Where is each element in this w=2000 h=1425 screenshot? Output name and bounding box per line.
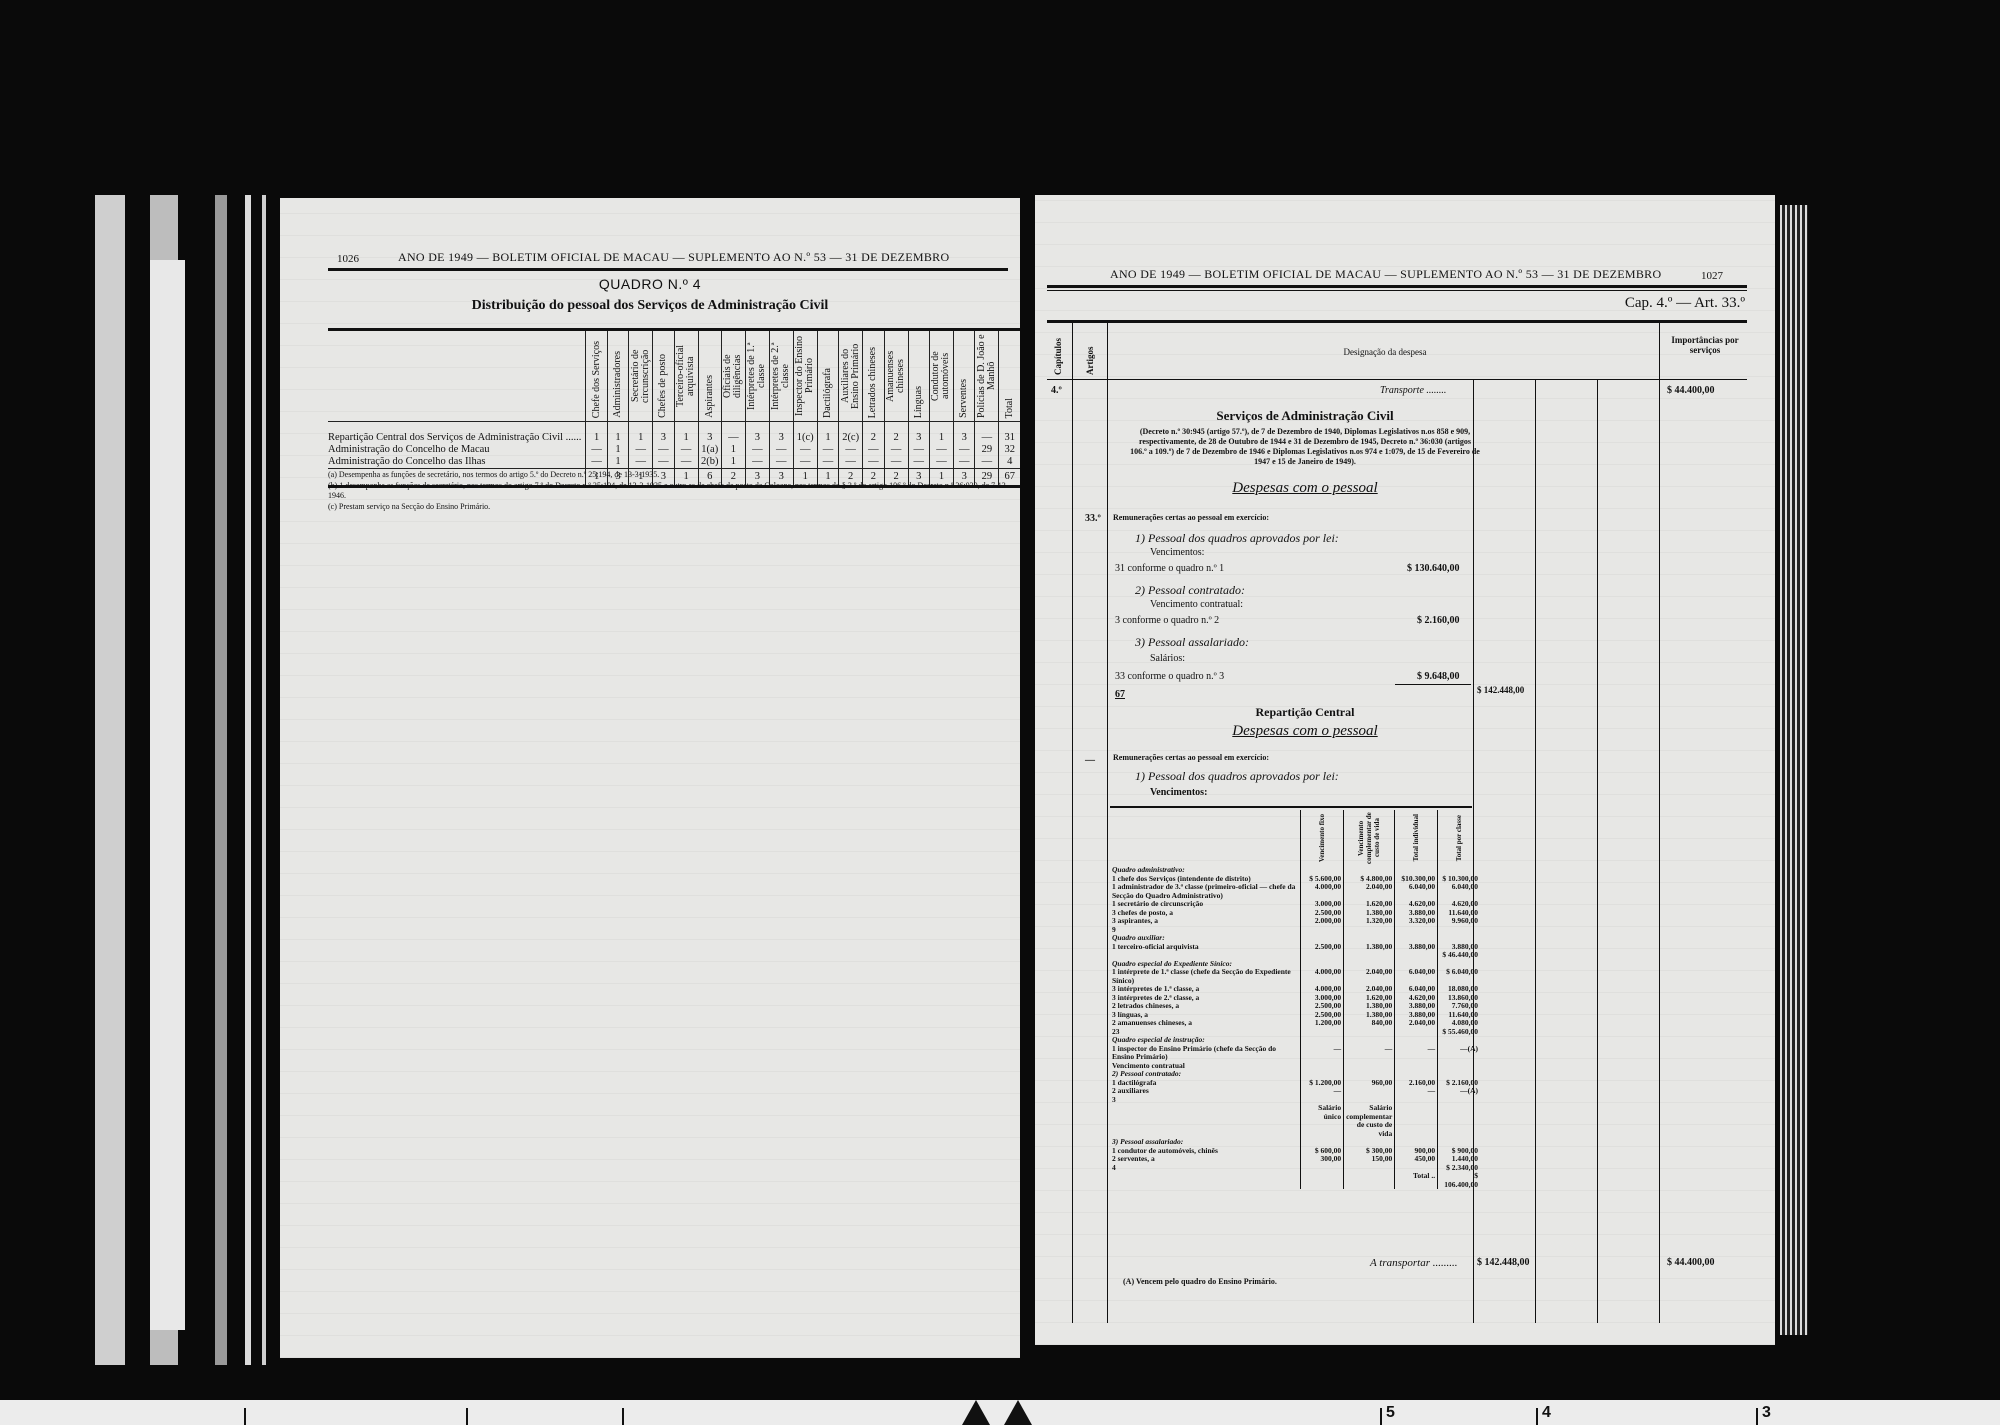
transporte-label: Transporte ........ [1380,385,1446,396]
spacer [1110,1104,1301,1138]
empty-cell [1395,1104,1438,1138]
repartição-central-title: Repartição Central [1125,705,1485,720]
table-cell: 3 [653,422,674,445]
table-cell: — [884,444,908,456]
column-header: Total individual [1395,810,1438,866]
salary-subtable: Vencimento fixoVencimento complementar d… [1110,810,1480,1189]
table-cell: 1 [607,444,628,456]
decree-reference: (Decreto n.º 30:945 (artigo 57.º), de 7 … [1130,427,1480,467]
table-row: 2 auxiliares———(A) [1110,1087,1480,1096]
table-cell: 1.200,00 [1301,1019,1344,1028]
table-row: Administração do Concelho de Macau—1———1… [328,444,1020,456]
total-label: Total .. [1395,1172,1438,1189]
row-description: 1 inspector do Ensino Primário (chefe da… [1110,1045,1301,1062]
table-cell: 3 [698,422,721,445]
header-rule [328,268,1008,271]
table-cell: — [817,444,838,456]
column-header: Secretário de circunscrição [629,330,653,422]
empty-cell [1301,926,1344,935]
item-sublabel: Salários: [1150,653,1185,664]
column-header: Serventes [953,330,974,422]
table-cell: 1(a) [698,444,721,456]
empty-cell [1438,1104,1480,1138]
column-header: Dactilógrafa [817,330,838,422]
strip-label: 4 [1542,1404,1551,1422]
item-heading: 3) Pessoal assalariado: [1135,635,1249,650]
table-cell: 3 [769,422,793,445]
artigo-dash: — [1085,755,1095,766]
table-row: Repartição Central dos Serviços de Admin… [328,422,1020,445]
item-line: 3 conforme o quadro n.º 2 [1115,615,1219,626]
table-cell: — [975,456,999,469]
table-cell: — [1301,1045,1344,1062]
table-cell: 300,00 [1301,1155,1344,1164]
table-cell: 1 [674,422,698,445]
table-cell: 2.040,00 [1344,883,1395,900]
table-cell: 150,00 [1344,1155,1395,1164]
column-header: Administradores [607,330,628,422]
item-amount: $ 9.648,00 [1417,671,1460,682]
table-cell: 31 [999,422,1020,445]
table-cell: 1 [586,422,607,445]
column-header: Inspector do Ensino Primário [793,330,817,422]
scale-tick [466,1408,468,1425]
table-cell: — [908,456,929,469]
table-cell: — [769,444,793,456]
table-cell: — [793,456,817,469]
table-cell: 3 [745,422,769,445]
column-header: Línguas [908,330,929,422]
column-divider [1107,323,1108,1323]
empty-cell [1301,951,1344,960]
empty-cell [1438,1062,1480,1071]
column-header: Aspirantes [698,330,721,422]
table-cell: — [653,456,674,469]
transporte-amount: $ 44.400,00 [1667,385,1715,396]
table-cell: — [953,444,974,456]
table-cell [1344,1087,1395,1096]
table-subtitle: Distribuição do pessoal dos Serviços de … [280,298,1020,314]
group-count: 4 [1110,1164,1301,1173]
page-number: 1027 [1701,270,1723,282]
center-marker-right [1004,1400,1032,1425]
row-description: 3 aspirantes, a [1110,917,1301,926]
item-heading: 1) Pessoal dos quadros aprovados por lei… [1135,531,1339,546]
table-row: 1 intérprete de 1.ª classe (chefe da Sec… [1110,968,1480,985]
table-cell: 2 [884,422,908,445]
column-header: Terceiro-oficial arquivista [674,330,698,422]
column-header: Vencimento fixo [1301,810,1344,866]
empty-cell [1344,951,1395,960]
table-cell: — [839,456,863,469]
artigo-number: 33.º [1085,513,1101,524]
row-description: 2 serventes, a [1110,1155,1301,1164]
empty-cell [1395,951,1438,960]
table-row: 2 serventes, a300,00150,00450,001.440,00 [1110,1155,1480,1164]
table-cell: 450,00 [1395,1155,1438,1164]
scale-tick [1536,1408,1538,1425]
column-header: Amanuenses chineses [884,330,908,422]
page-number: 1026 [337,253,359,265]
row-label: Repartição Central dos Serviços de Admin… [328,422,586,445]
scale-tick [1380,1408,1382,1425]
item-amount: $ 2.160,00 [1417,615,1460,626]
footnote-a: (a) Desempenha as funções de secretário,… [328,470,1018,480]
table-cell: — [975,422,999,445]
table-cell: — [629,444,653,456]
chapter-reference: Cap. 4.º — Art. 33.º [1625,295,1745,312]
row-description: 2 auxiliares [1110,1087,1301,1096]
table-cell: 1 [607,456,628,469]
row-description: 1 administrador de 3.ª classe (primeiro-… [1110,883,1301,900]
column-divider [1072,323,1073,1323]
page-stack-edge [1780,205,1808,1335]
header-rule-thin [1047,290,1747,291]
item-line: 33 conforme o quadro n.º 3 [1115,671,1224,682]
empty-cell [1438,926,1480,935]
table-cell: 840,00 [1344,1019,1395,1028]
table-cell: 960,00 [1344,1079,1395,1088]
section-title: Serviços de Administração Civil [1125,408,1485,424]
item-sublabel: Vencimentos: [1150,547,1204,558]
scale-tick [622,1408,624,1425]
empty-cell [1301,1062,1344,1071]
book-edge [215,195,227,1365]
empty-cell [1344,1164,1395,1173]
item-sublabel: Vencimentos: [1150,787,1207,798]
table-cell: — [793,444,817,456]
book-edge [262,195,266,1365]
empty-cell [1344,1172,1395,1189]
table-cell: 1 [721,444,745,456]
header-designacao: Designação da despesa [1115,347,1655,357]
strip-label: 3 [1762,1404,1771,1422]
table-cell: 1 [607,422,628,445]
table-cell: 1.320,00 [1344,917,1395,926]
a-transportar-label: A transportar ......... [1370,1257,1458,1269]
table-cell: 1.380,00 [1344,943,1395,952]
table-cell: 3 [953,422,974,445]
table-cell: 6.040,00 [1438,883,1480,900]
table-cell: — [1301,1087,1344,1096]
table-top-rule [1047,320,1747,323]
empty-cell [1301,1164,1344,1173]
item-line: 31 conforme o quadro n.º 1 [1115,563,1224,574]
table-cell: 4.000,00 [1301,883,1344,900]
scan-strip [0,1400,2000,1425]
table-cell: — [930,456,954,469]
column-header: Letrados chineses [863,330,884,422]
column-header: Intérpretes de 1.ª classe [745,330,769,422]
sum-rule [1395,684,1471,685]
table-row: 3 aspirantes, a2.000,001.320,003.320,009… [1110,917,1480,926]
a-transportar-importancias: $ 44.400,00 [1667,1257,1715,1268]
personnel-distribution-table: Chefe dos ServiçosAdministradoresSecretá… [328,328,1020,488]
table-cell: — [586,456,607,469]
table-cell: — [1395,1087,1438,1096]
subtotal: $ 46.440,00 [1438,951,1480,960]
total-value: $ 106.400,00 [1438,1172,1480,1189]
empty-cell [1344,1062,1395,1071]
column-header: Polícias de D. João e Manhô [975,330,999,422]
table-row: 1 inspector do Ensino Primário (chefe da… [1110,1045,1480,1062]
item-sublabel: Vencimento contratual: [1150,599,1243,610]
table-cell: 9.960,00 [1438,917,1480,926]
table-cell: 4 [999,456,1020,469]
table-cell: 2.000,00 [1301,917,1344,926]
table-cell: — [629,456,653,469]
empty-cell [1395,926,1438,935]
empty-cell [1438,1096,1480,1105]
table-row: 1 dactilógrafa$ 1.200,00960,002.160,00$ … [1110,1079,1480,1088]
table-cell: 2.040,00 [1395,1019,1438,1028]
table-row: 1 terceiro-oficial arquivista2.500,001.3… [1110,943,1480,952]
column-header: Oficiais de diligências [721,330,745,422]
table-cell: — [953,456,974,469]
scale-tick [244,1408,246,1425]
table-cell: — [863,444,884,456]
table-cell: — [653,444,674,456]
column-header: Auxiliares do Ensino Primário [839,330,863,422]
table-cell: 1 [930,422,954,445]
remuneracoes-label-2: Remunerações certas ao pessoal em exercí… [1113,753,1269,762]
column-header: Intérpretes de 2.ª classe [769,330,793,422]
footnote-c: (c) Prestam serviço na Secção do Ensino … [328,502,1018,512]
column-header: Chefe dos Serviços [586,330,607,422]
table-cell: 1 [721,456,745,469]
row-description: 2 amanuenses chineses, a [1110,1019,1301,1028]
row-description: 1 terceiro-oficial arquivista [1110,943,1301,952]
book-edge [245,195,251,1365]
table-cell: 3.320,00 [1395,917,1438,926]
table-cell: — [769,456,793,469]
header-importancias: Importâncias por serviços [1665,335,1745,355]
column-header: Total por classe [1438,810,1480,866]
remuneracoes-label: Remunerações certas ao pessoal em exercí… [1113,513,1269,522]
row-description: 1 intérprete de 1.ª classe (chefe da Sec… [1110,968,1301,985]
table-cell: — [930,444,954,456]
table-cell: 1 [817,422,838,445]
table-cell: — [586,444,607,456]
footnote-b: (b) 1 desempenha as funções de secretári… [328,481,1018,501]
table-cell: — [817,456,838,469]
table-cell: 6.040,00 [1395,883,1438,900]
right-page: ANO DE 1949 — BOLETIM OFICIAL DE MACAU —… [1035,195,1775,1345]
table-cell: — [674,444,698,456]
column-divider [1659,323,1660,1323]
table-row: Administração do Concelho das Ilhas—1———… [328,456,1020,469]
a-transportar-amount: $ 142.448,00 [1477,1257,1530,1268]
scale-tick [1756,1408,1758,1425]
table-cell: — [1344,1045,1395,1062]
table-cell: $ 6.040,00 [1438,968,1480,985]
table-cell: —(A) [1438,1087,1480,1096]
table-cell: — [745,444,769,456]
item-amount: $ 130.640,00 [1407,563,1460,574]
table-cell: 2.500,00 [1301,943,1344,952]
table-cell: — [1395,1045,1438,1062]
table-cell: — [721,422,745,445]
left-page: 1026 ANO DE 1949 — BOLETIM OFICIAL DE MA… [280,198,1020,1358]
empty-cell [1395,1096,1438,1105]
section-total: $ 142.448,00 [1477,685,1524,695]
subtable-top-rule [1110,806,1472,808]
footnote-A: (A) Vencem pelo quadro do Ensino Primári… [1123,1277,1277,1286]
item-heading: 1) Pessoal dos quadros aprovados por lei… [1135,769,1339,784]
table-cell: 3 [908,422,929,445]
table-cell: 6.040,00 [1395,968,1438,985]
table-cell: —(A) [1438,1045,1480,1062]
empty-cell [1344,926,1395,935]
table-cell: — [884,456,908,469]
table-title: QUADRO N.º 4 [280,276,1020,292]
strip-label: 5 [1386,1404,1395,1422]
table-cell: 3.880,00 [1395,943,1438,952]
subtotal: $ 55.460,00 [1438,1028,1480,1037]
count-total: 67 [1115,689,1125,700]
table-cell: 1 [629,422,653,445]
empty-cell [1395,1062,1438,1071]
column-divider [1535,380,1536,1323]
table-cell: — [745,456,769,469]
header-rule [1047,285,1747,288]
empty-cell [1395,1028,1438,1037]
spacer [1110,1172,1301,1189]
column-divider [1597,380,1598,1323]
running-head: ANO DE 1949 — BOLETIM OFICIAL DE MACAU —… [1110,267,1661,282]
column-header: Salário complementar de custo de vida [1344,1104,1395,1138]
table-cell: 2(b) [698,456,721,469]
item-heading: 2) Pessoal contratado: [1135,583,1245,598]
table-cell: — [863,456,884,469]
column-header: Chefes de posto [653,330,674,422]
header-artigos: Artigos [1085,335,1095,375]
empty-cell [1344,1028,1395,1037]
column-header: Vencimento complementar de custo de vida [1344,810,1395,866]
table-cell: — [839,444,863,456]
empty-cell [1301,1172,1344,1189]
table-cell: — [674,456,698,469]
header-blank [1110,810,1301,866]
column-header: Total [999,330,1020,422]
column-header: Salário único [1301,1104,1344,1138]
row-label: Administração do Concelho das Ilhas [328,456,586,469]
header-bottom-rule [1047,379,1747,380]
table-cell: 1(c) [793,422,817,445]
table-cell: 2(c) [839,422,863,445]
table-row: 1 administrador de 3.ª classe (primeiro-… [1110,883,1480,900]
despesas-heading-2: Despesas com o pessoal [1125,723,1485,740]
table-row: 2 amanuenses chineses, a1.200,00840,002.… [1110,1019,1480,1028]
header-capitulos: Capítulos [1053,335,1063,375]
table-cell: 2.040,00 [1344,968,1395,985]
book-edge [95,195,125,1365]
table-cell: 2 [863,422,884,445]
book-edge [150,260,185,1330]
group-count: 3 [1110,1096,1301,1105]
empty-cell [1301,1028,1344,1037]
table-cell: — [908,444,929,456]
table-cell: 32 [999,444,1020,456]
despesas-heading: Despesas com o pessoal [1125,480,1485,497]
column-header: Condutor de automóveis [930,330,954,422]
table-cell: 29 [975,444,999,456]
row-label: Administração do Concelho de Macau [328,444,586,456]
running-head: ANO DE 1949 — BOLETIM OFICIAL DE MACAU —… [398,250,949,265]
center-marker-left [962,1400,990,1425]
table-cell: 4.000,00 [1301,968,1344,985]
capitulo-number: 4.º [1051,385,1062,396]
